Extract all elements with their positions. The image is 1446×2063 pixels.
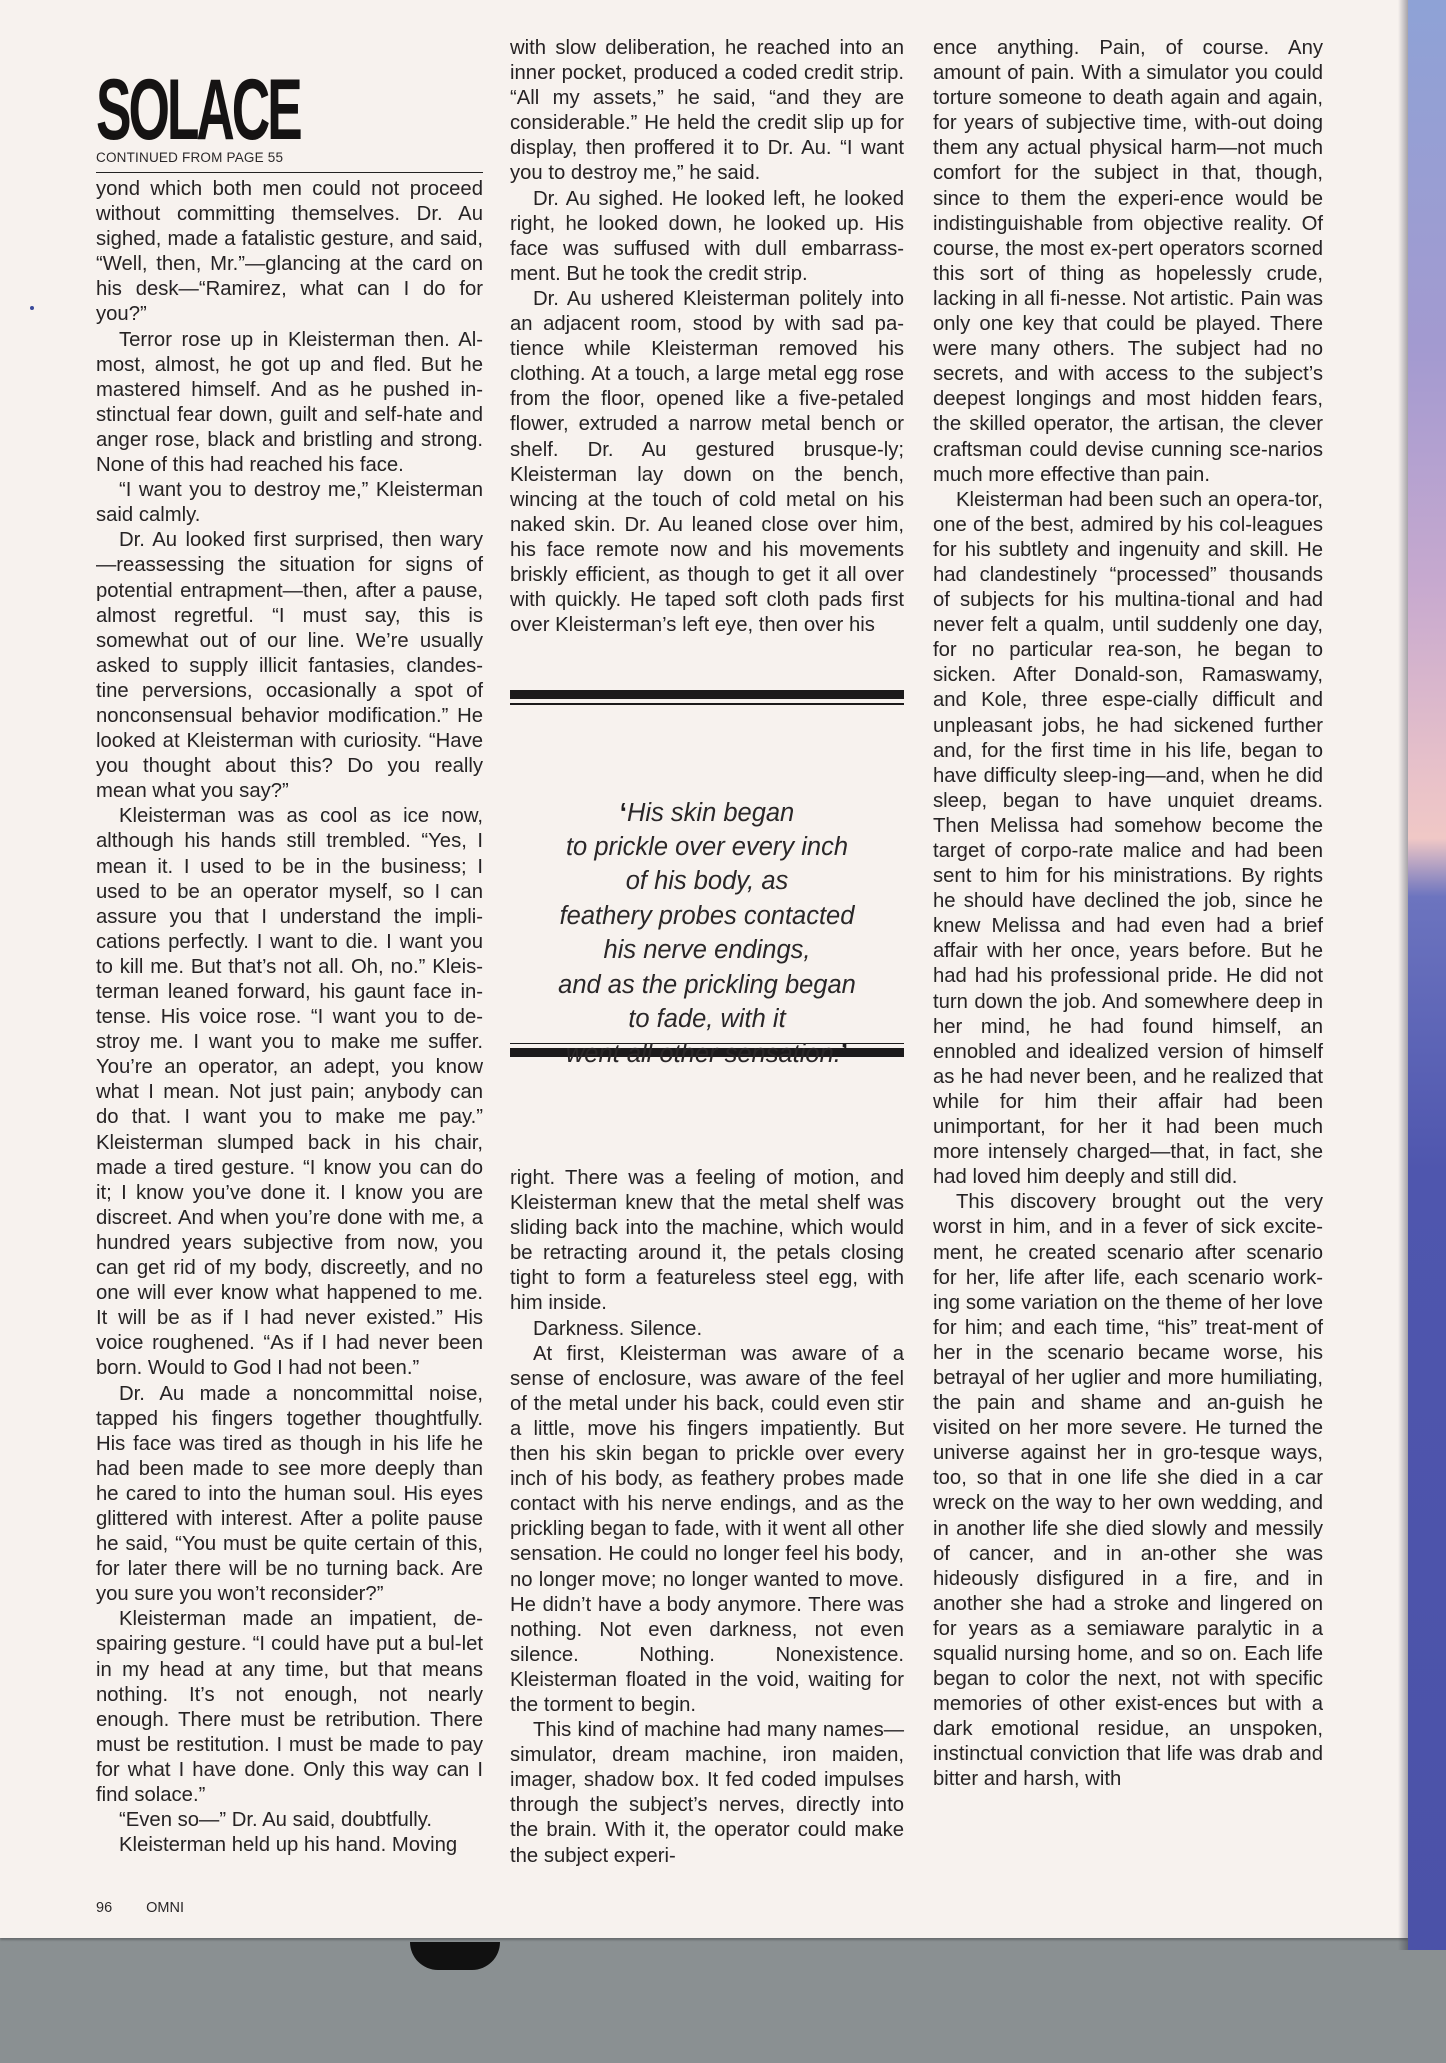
page-number: 96 xyxy=(96,1900,112,1916)
scanner-shadow xyxy=(410,1942,500,1970)
magazine-name: OMNI xyxy=(146,1900,184,1916)
paragraph: “I want you to destroy me,” Kleisterman … xyxy=(96,478,483,528)
paragraph: ence anything. Pain, of course. Any amou… xyxy=(933,36,1323,488)
pull-quote-text: ‘His skin began to prickle over every in… xyxy=(510,705,904,1043)
close-quote-mark-icon: ’ xyxy=(841,1038,848,1068)
magazine-page: SOLACE CONTINUED FROM PAGE 55 yond which… xyxy=(0,0,1408,1938)
column-right: ence anything. Pain, of course. Any amou… xyxy=(933,36,1323,1793)
paragraph: Dr. Au sighed. He looked left, he looked… xyxy=(510,187,904,287)
paragraph: Dr. Au looked first surprised, then wary… xyxy=(96,528,483,804)
column-left: SOLACE CONTINUED FROM PAGE 55 yond which… xyxy=(96,0,483,1858)
pull-quote-top-rule xyxy=(510,690,904,705)
title-rule xyxy=(96,172,483,173)
paragraph: Kleisterman held up his hand. Moving xyxy=(96,1833,483,1858)
paragraph: Terror rose up in Kleisterman then. Al-m… xyxy=(96,328,483,479)
paragraph: Kleisterman made an impatient, de-spairi… xyxy=(96,1607,483,1808)
paragraph: At first, Kleisterman was aware of a sen… xyxy=(510,1342,904,1718)
paragraph: Dr. Au made a noncommittal noise, tapped… xyxy=(96,1382,483,1608)
paragraph: This discovery brought out the very wors… xyxy=(933,1190,1323,1792)
paragraph: Darkness. Silence. xyxy=(510,1317,904,1342)
paragraph: yond which both men could not proceed wi… xyxy=(96,177,483,328)
column-middle-bottom: right. There was a feeling of motion, an… xyxy=(510,1166,904,1869)
paragraph: Dr. Au ushered Kleisterman politely into… xyxy=(510,287,904,638)
article-title: SOLACE xyxy=(96,70,336,142)
page-folio: 96OMNI xyxy=(96,1900,218,1916)
column-middle-top: with slow deliberation, he reached into … xyxy=(510,36,904,638)
pull-quote: ‘His skin began to prickle over every in… xyxy=(510,690,904,1057)
paragraph: right. There was a feeling of motion, an… xyxy=(510,1166,904,1317)
facing-page-edge xyxy=(1408,0,1446,1950)
paragraph: “Even so—” Dr. Au said, doubtfully. xyxy=(96,1808,483,1833)
paragraph: Kleisterman had been such an opera-tor, … xyxy=(933,488,1323,1191)
open-quote-mark-icon: ‘ xyxy=(620,797,627,827)
paragraph: Kleisterman was as cool as ice now, alth… xyxy=(96,804,483,1381)
stray-mark xyxy=(30,306,34,310)
paragraph: with slow deliberation, he reached into … xyxy=(510,36,904,187)
paragraph: This kind of machine had many names—simu… xyxy=(510,1718,904,1869)
